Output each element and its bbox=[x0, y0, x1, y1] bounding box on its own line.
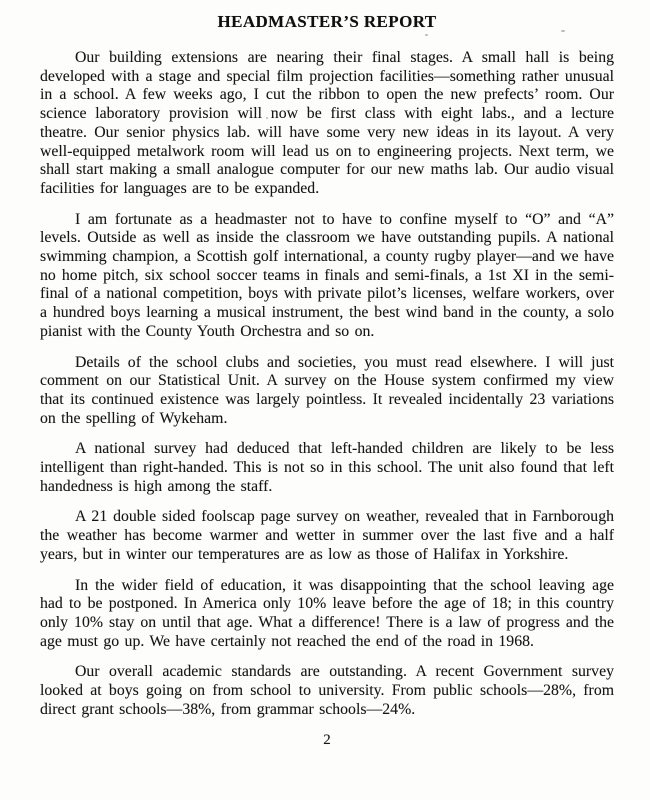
report-paragraph-academic-standards: Our overall academic standards are outst… bbox=[40, 663, 614, 719]
report-paragraph-building-extensions: Our building extensions are nearing thei… bbox=[40, 49, 614, 199]
report-paragraph-outstanding-pupils: I am fortunate as a headmaster not to ha… bbox=[40, 211, 614, 342]
page-number: 2 bbox=[40, 732, 614, 749]
document-page: HEADMASTER’S REPORT Our building extensi… bbox=[0, 0, 650, 800]
scan-artifact bbox=[266, 117, 268, 119]
scan-artifact bbox=[425, 34, 428, 36]
scan-artifact bbox=[561, 30, 565, 32]
report-paragraph-weather-survey: A 21 double sided foolscap page survey o… bbox=[40, 508, 614, 564]
report-paragraph-left-handed-survey: A national survey had deduced that left-… bbox=[40, 440, 614, 496]
report-title: HEADMASTER’S REPORT bbox=[40, 12, 614, 32]
report-paragraph-statistical-unit: Details of the school clubs and societie… bbox=[40, 354, 614, 429]
report-paragraph-school-leaving-age: In the wider field of education, it was … bbox=[40, 577, 614, 652]
